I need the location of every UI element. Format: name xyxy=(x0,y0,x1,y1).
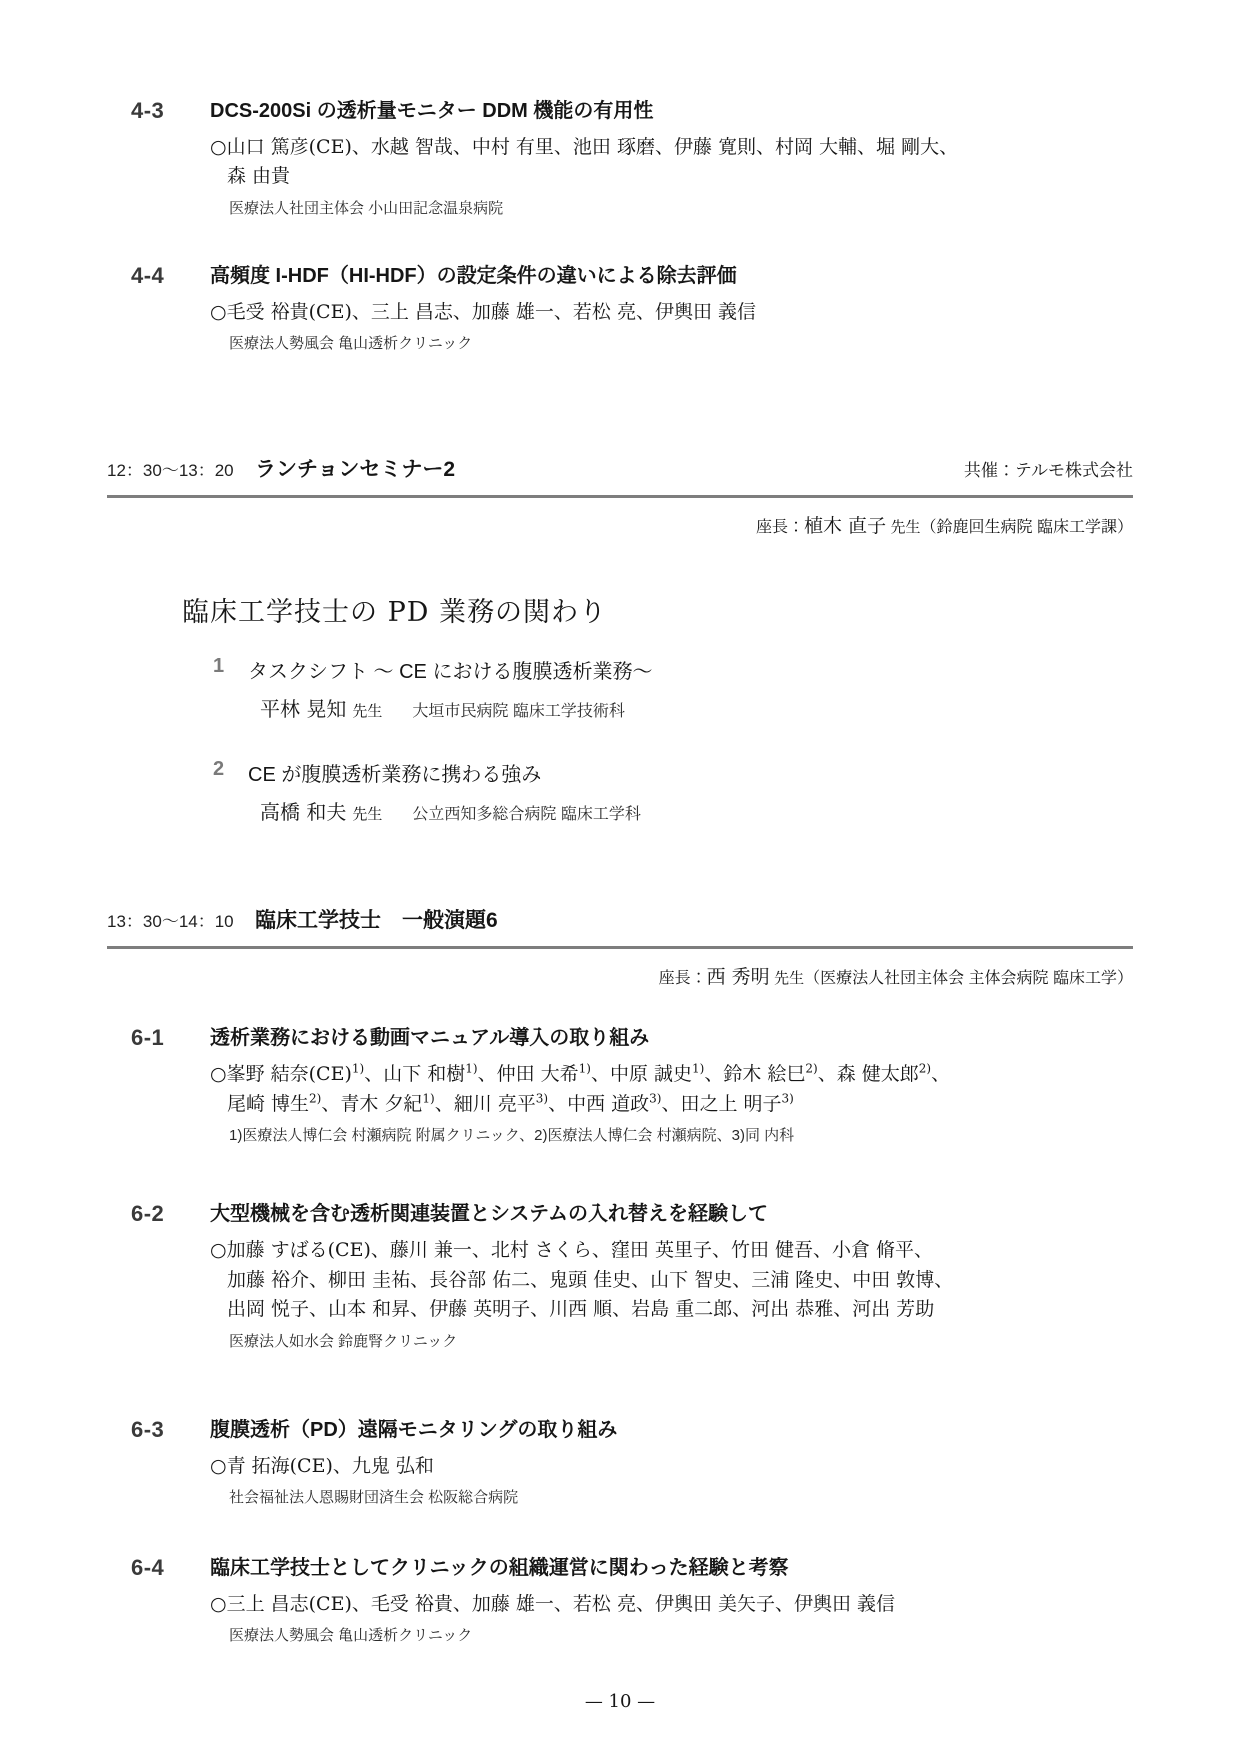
chair-name: 植木 直子 xyxy=(804,515,886,537)
presentation-6-3: 6-3 腹膜透析（PD）遠隔モニタリングの取り組み ○青 拓海(CE)、九鬼 弘… xyxy=(107,1417,1133,1507)
author-list: ○青 拓海(CE)、九鬼 弘和 xyxy=(210,1452,1133,1481)
lecture-title: CE が腹膜透析業務に携わる強み xyxy=(248,758,1133,787)
session-chair-line: 座長：植木 直子 先生（鈴鹿回生病院 臨床工学課） xyxy=(107,511,1133,538)
session-title: 臨床工学技士 一般演題6 xyxy=(255,904,1133,934)
affiliation: 医療法人社団主体会 小山田記念温泉病院 xyxy=(210,197,1133,218)
speaker-affiliation: 大垣市民病院 臨床工学技術科 xyxy=(412,703,624,720)
presentation-number: 6-3 xyxy=(131,1417,164,1443)
seminar-lecture-2: 2 CE が腹膜透析業務に携わる強み 高橋 和夫先生公立西知多総合病院 臨床工学… xyxy=(213,758,1133,825)
author: 尾崎 博生 xyxy=(227,1093,309,1115)
lecture-title: タスクシフト ～ CE における腹膜透析業務～ xyxy=(248,655,1133,684)
author-affiliation-mark: 1) xyxy=(352,1062,364,1076)
author: 、中原 誠史 xyxy=(591,1063,692,1085)
author-list: ○三上 昌志(CE)、毛受 裕貴、加藤 雄一、若松 亮、伊輿田 美矢子、伊輿田 … xyxy=(210,1590,1133,1619)
authors-line: 加藤 裕介、柳田 圭祐、長谷部 佑二、鬼頭 佳史、山下 智史、三浦 隆史、中田 … xyxy=(210,1266,1133,1295)
author-affiliation-mark: 2) xyxy=(805,1062,817,1076)
presentation-title: 高頻度 I-HDF（HI-HDF）の設定条件の違いによる除去評価 xyxy=(210,263,1133,290)
lecture-speaker-line: 高橋 和夫先生公立西知多総合病院 臨床工学科 xyxy=(248,796,1133,825)
author: 、鈴木 絵巳 xyxy=(704,1063,805,1085)
author-list: ○毛受 裕貴(CE)、三上 昌志、加藤 雄一、若松 亮、伊輿田 義信 xyxy=(210,298,1133,327)
chair-label: 座長： xyxy=(756,519,804,536)
chair-affiliation: （医療法人社団主体会 主体会病院 臨床工学） xyxy=(804,970,1133,987)
author-affiliation-mark: 1) xyxy=(579,1062,591,1076)
authors-line: ○峯野 結奈(CE)1)、山下 和樹1)、仲田 大希1)、中原 誠史1)、鈴木 … xyxy=(210,1060,1133,1089)
presentation-number: 6-2 xyxy=(131,1201,164,1227)
author-list: ○山口 篤彦(CE)、水越 智哉、中村 有里、池田 琢磨、伊藤 寛則、村岡 大輔… xyxy=(210,133,1133,192)
author-affiliation-mark: 1) xyxy=(422,1091,434,1105)
affiliation: 医療法人勢風会 亀山透析クリニック xyxy=(210,332,1133,353)
page-content: 4-3 DCS-200Si の透析量モニター DDM 機能の有用性 ○山口 篤彦… xyxy=(0,98,1240,1645)
chair-honorific: 先生 xyxy=(891,519,921,536)
author: ○峯野 結奈(CE) xyxy=(210,1063,352,1085)
speaker-honorific: 先生 xyxy=(352,703,382,720)
presentation-number: 6-4 xyxy=(131,1555,164,1581)
author: 、森 健太郎 xyxy=(818,1063,919,1085)
affiliation: 医療法人勢風会 亀山透析クリニック xyxy=(210,1624,1133,1645)
speaker-name: 高橋 和夫 xyxy=(260,800,346,824)
authors-line: ○加藤 すばる(CE)、藤川 兼一、北村 さくら、窪田 英里子、竹田 健吾、小倉… xyxy=(210,1236,1133,1265)
session-header: 12：30～13：20 ランチョンセミナー2 共催：テルモ株式会社 xyxy=(107,453,1133,498)
chair-honorific: 先生 xyxy=(774,970,804,987)
author-affiliation-mark: 2) xyxy=(309,1091,321,1105)
chair-name: 西 秀明 xyxy=(707,966,770,988)
authors-line: ○三上 昌志(CE)、毛受 裕貴、加藤 雄一、若松 亮、伊輿田 美矢子、伊輿田 … xyxy=(210,1590,1133,1619)
presentation-4-4: 4-4 高頻度 I-HDF（HI-HDF）の設定条件の違いによる除去評価 ○毛受… xyxy=(107,263,1133,353)
chair-affiliation: （鈴鹿回生病院 臨床工学課） xyxy=(921,519,1133,536)
seminar-lecture-1: 1 タスクシフト ～ CE における腹膜透析業務～ 平林 晃知先生大垣市民病院 … xyxy=(213,655,1133,722)
presentation-6-1: 6-1 透析業務における動画マニュアル導入の取り組み ○峯野 結奈(CE)1)、… xyxy=(107,1025,1133,1145)
presentation-number: 6-1 xyxy=(131,1025,164,1051)
authors-line: ○青 拓海(CE)、九鬼 弘和 xyxy=(210,1452,1133,1481)
program-page: 4-3 DCS-200Si の透析量モニター DDM 機能の有用性 ○山口 篤彦… xyxy=(0,0,1240,1754)
author: 、田之上 明子 xyxy=(662,1093,782,1115)
presentation-title: 大型機械を含む透析関連装置とシステムの入れ替えを経験して xyxy=(210,1201,1133,1228)
authors-line: 尾崎 博生2)、青木 夕紀1)、細川 亮平3)、中西 道政3)、田之上 明子3) xyxy=(210,1090,1133,1119)
session-cosponsor: 共催：テルモ株式会社 xyxy=(964,456,1133,481)
affiliation: 1)医療法人博仁会 村瀬病院 附属クリニック、2)医療法人博仁会 村瀬病院、3)… xyxy=(210,1124,1133,1145)
speaker-affiliation: 公立西知多総合病院 臨床工学科 xyxy=(412,806,640,823)
presentation-6-4: 6-4 臨床工学技士としてクリニックの組織運営に関わった経験と考察 ○三上 昌志… xyxy=(107,1555,1133,1645)
lecture-number: 1 xyxy=(213,655,224,678)
session-luncheon-seminar-2: 12：30～13：20 ランチョンセミナー2 共催：テルモ株式会社 座長：植木 … xyxy=(107,453,1133,825)
presentation-title: 腹膜透析（PD）遠隔モニタリングの取り組み xyxy=(210,1417,1133,1444)
authors-line: 出岡 悦子、山本 和昇、伊藤 英明子、川西 順、岩島 重二郎、河出 恭雅、河出 … xyxy=(210,1295,1133,1324)
speaker-name: 平林 晃知 xyxy=(260,697,346,721)
lecture-number: 2 xyxy=(213,758,224,781)
author-affiliation-mark: 3) xyxy=(782,1091,794,1105)
author: 、細川 亮平 xyxy=(435,1093,536,1115)
affiliation: 社会福祉法人恩賜財団済生会 松阪総合病院 xyxy=(210,1486,1133,1507)
author: 、仲田 大希 xyxy=(478,1063,579,1085)
authors-line: ○山口 篤彦(CE)、水越 智哉、中村 有里、池田 琢磨、伊藤 寛則、村岡 大輔… xyxy=(210,133,1133,162)
author: 、 xyxy=(931,1063,950,1085)
session-general-6: 13：30～14：10 臨床工学技士 一般演題6 座長：西 秀明 先生（医療法人… xyxy=(107,904,1133,989)
author-affiliation-mark: 3) xyxy=(536,1091,548,1105)
presentation-6-2: 6-2 大型機械を含む透析関連装置とシステムの入れ替えを経験して ○加藤 すばる… xyxy=(107,1201,1133,1350)
presentation-title: 透析業務における動画マニュアル導入の取り組み xyxy=(210,1025,1133,1052)
affiliation: 医療法人如水会 鈴鹿腎クリニック xyxy=(210,1330,1133,1351)
lecture-speaker-line: 平林 晃知先生大垣市民病院 臨床工学技術科 xyxy=(248,693,1133,722)
author: 、山下 和樹 xyxy=(364,1063,465,1085)
author-list: ○加藤 すばる(CE)、藤川 兼一、北村 さくら、窪田 英里子、竹田 健吾、小倉… xyxy=(210,1236,1133,1324)
author: 、青木 夕紀 xyxy=(321,1093,422,1115)
author-affiliation-mark: 2) xyxy=(919,1062,931,1076)
seminar-main-title: 臨床工学技士の PD 業務の関わり xyxy=(182,590,1133,629)
authors-line: 森 由貴 xyxy=(210,162,1133,191)
author-list: ○峯野 結奈(CE)1)、山下 和樹1)、仲田 大希1)、中原 誠史1)、鈴木 … xyxy=(210,1060,1133,1119)
presentation-title: DCS-200Si の透析量モニター DDM 機能の有用性 xyxy=(210,98,1133,125)
author-affiliation-mark: 1) xyxy=(465,1062,477,1076)
presentation-title: 臨床工学技士としてクリニックの組織運営に関わった経験と考察 xyxy=(210,1555,1133,1582)
presentation-number: 4-4 xyxy=(131,263,164,289)
author-affiliation-mark: 1) xyxy=(692,1062,704,1076)
page-number: — 10 — xyxy=(0,1691,1240,1712)
authors-line: ○毛受 裕貴(CE)、三上 昌志、加藤 雄一、若松 亮、伊輿田 義信 xyxy=(210,298,1133,327)
presentation-number: 4-3 xyxy=(131,98,164,124)
speaker-honorific: 先生 xyxy=(352,806,382,823)
session-time: 13：30～14：10 xyxy=(107,907,255,932)
session-chair-line: 座長：西 秀明 先生（医療法人社団主体会 主体会病院 臨床工学） xyxy=(107,962,1133,989)
session-header: 13：30～14：10 臨床工学技士 一般演題6 xyxy=(107,904,1133,949)
author-affiliation-mark: 3) xyxy=(649,1091,661,1105)
session-title: ランチョンセミナー2 xyxy=(255,453,964,483)
author: 、中西 道政 xyxy=(548,1093,649,1115)
presentation-4-3: 4-3 DCS-200Si の透析量モニター DDM 機能の有用性 ○山口 篤彦… xyxy=(107,98,1133,218)
chair-label: 座長： xyxy=(659,970,707,987)
session-time: 12：30～13：20 xyxy=(107,456,255,481)
